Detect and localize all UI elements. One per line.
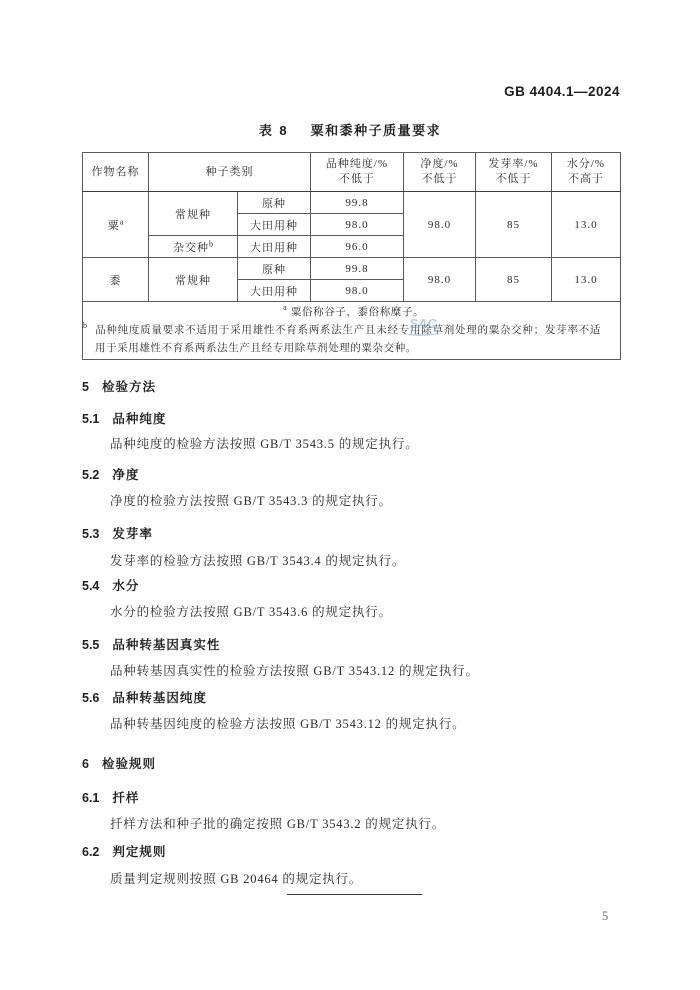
section-number: 5.1: [82, 412, 99, 426]
section-number: 5.3: [82, 527, 99, 541]
section-5-2-body: 净度的检验方法按照 GB/T 3543.3 的规定执行。: [110, 491, 392, 509]
header-variety-purity: 品种纯度/% 不低于: [311, 153, 404, 192]
section-title: 水分: [112, 579, 139, 593]
cell-su-purity-field: 98.0: [311, 214, 404, 236]
table-footnote-row: a粟俗称谷子，黍俗称糜子。 b品种纯度质量要求不适用于采用雄性不育系两系法生产且…: [83, 302, 621, 360]
footnote-b-text: 品种纯度质量要求不适用于采用雄性不育系两系法生产且未经专用除草剂处理的粟杂交种；…: [95, 325, 601, 354]
cell-crop-su: 粟a: [83, 192, 149, 258]
seed-quality-table: 作物名称 种子类别 品种纯度/% 不低于 净度/% 不低于 发芽率/% 不低于 …: [82, 152, 621, 360]
section-5-5-heading: 5.5品种转基因真实性: [82, 635, 220, 653]
section-title: 检验方法: [102, 380, 156, 394]
section-number: 5.4: [82, 579, 99, 593]
header-germination-line2: 不低于: [496, 173, 532, 185]
table-row: 黍 常规种 原种 99.8 98.0 85 13.0: [83, 258, 621, 280]
header-purity-line2: 不低于: [339, 173, 375, 185]
su-hybrid-superscript: b: [209, 239, 213, 248]
section-6-heading: 6检验规则: [82, 754, 156, 772]
cell-su-purity-original: 99.8: [311, 192, 404, 214]
section-6-1-body: 扦样方法和种子批的确定按照 GB/T 3543.2 的规定执行。: [110, 814, 445, 832]
table-title-label: 表 8: [259, 123, 289, 138]
section-5-3-body: 发芽率的检验方法按照 GB/T 3543.4 的规定执行。: [110, 551, 405, 569]
cell-su-original-seed: 原种: [238, 192, 311, 214]
footnote-b: b品种纯度质量要求不适用于采用雄性不育系两系法生产且未经专用除草剂处理的粟杂交种…: [83, 322, 601, 358]
footnote-a-text: 粟俗称谷子，黍俗称糜子。: [291, 307, 424, 318]
header-purity-line1: 品种纯度/%: [326, 158, 388, 170]
crop-su-superscript: a: [120, 217, 124, 226]
table-title: 表 8粟和黍种子质量要求: [0, 120, 700, 139]
header-moisture: 水分/% 不高于: [552, 153, 621, 192]
header-germination-line1: 发芽率/%: [488, 158, 538, 170]
footnote-a: a粟俗称谷子，黍俗称糜子。: [83, 304, 620, 322]
cell-shu-moisture: 13.0: [552, 258, 621, 302]
cell-shu-purity-original: 99.8: [311, 258, 404, 280]
cell-shu-purity-field: 98.0: [311, 280, 404, 302]
section-title: 品种纯度: [112, 412, 166, 426]
cell-su-field-seed-conventional: 大田用种: [238, 214, 311, 236]
table-footnotes: a粟俗称谷子，黍俗称糜子。 b品种纯度质量要求不适用于采用雄性不育系两系法生产且…: [83, 302, 621, 360]
header-cleanness: 净度/% 不低于: [404, 153, 476, 192]
section-number: 6.2: [82, 845, 99, 859]
cell-su-hybrid: 杂交种b: [149, 236, 238, 258]
section-5-4-body: 水分的检验方法按照 GB/T 3543.6 的规定执行。: [110, 602, 392, 620]
section-5-5-body: 品种转基因真实性的检验方法按照 GB/T 3543.12 的规定执行。: [110, 661, 479, 679]
cell-crop-shu: 黍: [83, 258, 149, 302]
header-seed-category: 种子类别: [149, 153, 311, 192]
end-of-document-rule: [287, 894, 422, 895]
section-5-3-heading: 5.3发芽率: [82, 524, 153, 542]
standard-code: GB 4404.1—2024: [504, 84, 620, 99]
cell-su-germination: 85: [476, 192, 552, 258]
section-number: 5.5: [82, 638, 99, 652]
cell-su-cleanness: 98.0: [404, 192, 476, 258]
cell-su-field-seed-hybrid: 大田用种: [238, 236, 311, 258]
cell-shu-germination: 85: [476, 258, 552, 302]
section-5-2-heading: 5.2净度: [82, 465, 139, 483]
header-cleanness-line2: 不低于: [422, 173, 458, 185]
cell-shu-field-seed: 大田用种: [238, 280, 311, 302]
section-number: 5.2: [82, 468, 99, 482]
section-title: 品种转基因真实性: [112, 638, 220, 652]
cell-su-purity-hybrid: 96.0: [311, 236, 404, 258]
section-5-heading: 5检验方法: [82, 377, 156, 395]
header-germination: 发芽率/% 不低于: [476, 153, 552, 192]
su-hybrid-label: 杂交种: [173, 242, 209, 254]
header-crop-name: 作物名称: [83, 153, 149, 192]
cell-shu-original-seed: 原种: [238, 258, 311, 280]
section-title: 判定规则: [112, 845, 166, 859]
section-number: 5.6: [82, 691, 99, 705]
section-title: 净度: [112, 468, 139, 482]
section-title: 发芽率: [112, 527, 153, 541]
section-5-1-heading: 5.1品种纯度: [82, 409, 166, 427]
cell-su-conventional: 常规种: [149, 192, 238, 236]
table-title-text: 粟和黍种子质量要求: [311, 123, 442, 138]
section-6-2-heading: 6.2判定规则: [82, 842, 166, 860]
section-number: 6: [82, 757, 89, 771]
header-moisture-line2: 不高于: [568, 173, 604, 185]
section-5-1-body: 品种纯度的检验方法按照 GB/T 3543.5 的规定执行。: [110, 434, 419, 452]
header-cleanness-line1: 净度/%: [420, 158, 458, 170]
section-6-1-heading: 6.1扦样: [82, 788, 139, 806]
page-number: 5: [602, 909, 608, 924]
crop-su-label: 粟: [108, 220, 120, 232]
table-row: 粟a 常规种 原种 99.8 98.0 85 13.0: [83, 192, 621, 214]
cell-shu-cleanness: 98.0: [404, 258, 476, 302]
section-6-2-body: 质量判定规则按照 GB 20464 的规定执行。: [110, 869, 362, 887]
section-5-6-body: 品种转基因纯度的检验方法按照 GB/T 3543.12 的规定执行。: [110, 714, 465, 732]
section-5-6-heading: 5.6品种转基因纯度: [82, 688, 207, 706]
cell-su-moisture: 13.0: [552, 192, 621, 258]
section-number: 6.1: [82, 791, 99, 805]
section-title: 品种转基因纯度: [112, 691, 207, 705]
header-moisture-line1: 水分/%: [567, 158, 605, 170]
table-header-row: 作物名称 种子类别 品种纯度/% 不低于 净度/% 不低于 发芽率/% 不低于 …: [83, 153, 621, 192]
document-page: GB 4404.1—2024 表 8粟和黍种子质量要求 作物名称 种子类别 品种…: [0, 0, 700, 990]
section-title: 扦样: [112, 791, 139, 805]
section-title: 检验规则: [102, 757, 156, 771]
cell-shu-conventional: 常规种: [149, 258, 238, 302]
section-5-4-heading: 5.4水分: [82, 576, 139, 594]
section-number: 5: [82, 380, 89, 394]
